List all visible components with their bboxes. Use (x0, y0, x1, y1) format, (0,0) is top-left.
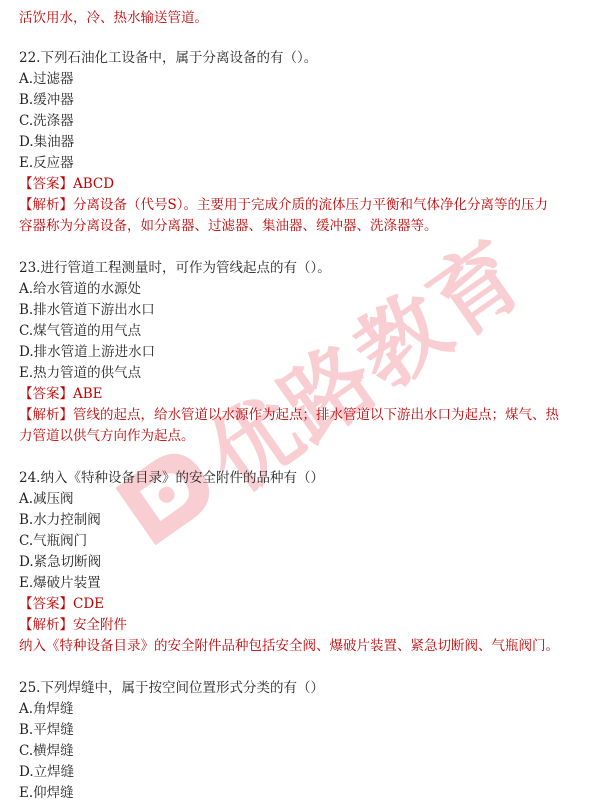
answer-line: 【答案】ABCD (19, 174, 114, 194)
option-c: C.气瓶阀门 (19, 531, 87, 551)
analysis-line-1: 【解析】管线的起点，给水管道以水源作为起点；排水管道以下游出水口为起点；煤气、热 (19, 405, 559, 425)
analysis-line-2: 容器称为分离设备，如分离器、过滤器、集油器、缓冲器、洗涤器等。 (19, 216, 438, 236)
option-c: C.煤气管道的用气点 (19, 321, 141, 341)
answer-line: 【答案】CDE (19, 594, 104, 614)
option-a: A.角焊缝 (19, 699, 74, 719)
analysis-label: 【解析】 (19, 197, 73, 213)
option-a: A.给水管道的水源处 (19, 279, 141, 299)
option-d: D.集油器 (19, 132, 74, 152)
option-d: D.排水管道上游进水口 (19, 342, 155, 362)
option-c: C.洗涤器 (19, 111, 74, 131)
option-e: E.仰焊缝 (19, 783, 74, 801)
option-a: A.减压阀 (19, 489, 74, 509)
answer-value: ABE (73, 386, 103, 402)
analysis-text: 分离设备（代号S）。主要用于完成介质的流体压力平衡和气体净化分离等的压力 (73, 197, 548, 213)
option-d: D.立焊缝 (19, 762, 74, 782)
continuation-text: 活饮用水，冷、热水输送管道。 (19, 8, 208, 28)
analysis-text: 管线的起点，给水管道以水源作为起点；排水管道以下游出水口为起点；煤气、热 (73, 407, 559, 423)
analysis-text: 安全附件 (73, 617, 127, 633)
answer-label: 【答案】 (19, 386, 73, 402)
answer-label: 【答案】 (19, 596, 73, 612)
option-b: B.排水管道下游出水口 (19, 300, 155, 320)
option-c: C.横焊缝 (19, 741, 74, 761)
question-stem: 22.下列石油化工设备中，属于分离设备的有（）。 (19, 48, 317, 68)
question-stem: 23.进行管道工程测量时，可作为管线起点的有（）。 (19, 258, 331, 278)
answer-value: ABCD (73, 176, 114, 192)
analysis-label: 【解析】 (19, 407, 73, 423)
analysis-label: 【解析】 (19, 617, 73, 633)
option-e: E.热力管道的供气点 (19, 363, 141, 383)
analysis-line-2: 力管道以供气方向作为起点。 (19, 426, 195, 446)
question-stem: 25.下列焊缝中，属于按空间位置形式分类的有（） (19, 678, 324, 698)
answer-label: 【答案】 (19, 176, 73, 192)
option-e: E.反应器 (19, 153, 74, 173)
option-d: D.紧急切断阀 (19, 552, 101, 572)
option-b: B.水力控制阀 (19, 510, 101, 530)
answer-value: CDE (73, 596, 104, 612)
option-b: B.平焊缝 (19, 720, 74, 740)
question-stem: 24.纳入《特种设备目录》的安全附件的品种有（） (19, 468, 324, 488)
analysis-line-1: 【解析】安全附件 (19, 615, 127, 635)
option-a: A.过滤器 (19, 69, 74, 89)
analysis-line-1: 【解析】分离设备（代号S）。主要用于完成介质的流体压力平衡和气体净化分离等的压力 (19, 195, 548, 215)
option-e: E.爆破片装置 (19, 573, 101, 593)
analysis-line-2: 纳入《特种设备目录》的安全附件品种包括安全阀、爆破片装置、紧急切断阀、气瓶阀门。 (19, 636, 559, 656)
answer-line: 【答案】ABE (19, 384, 103, 404)
option-b: B.缓冲器 (19, 90, 74, 110)
